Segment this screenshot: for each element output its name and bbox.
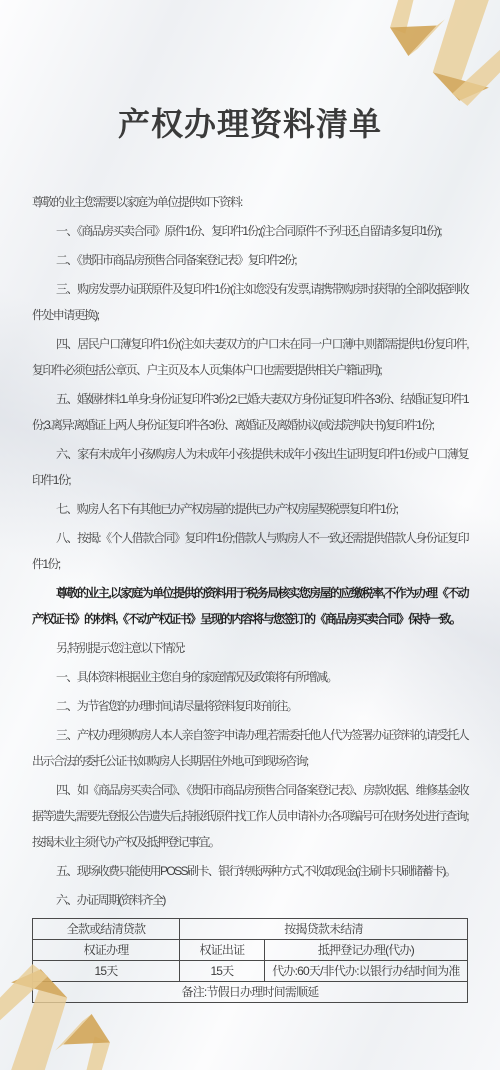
tip-item-2: 二、为节省您的办理时间,请尽量将资料复印好前往。	[32, 693, 468, 719]
tip-item-3: 三、产权办理须购房人本人亲自签字申请办理,若需委托他人代为签署办证资料的,请受托…	[32, 722, 468, 774]
tip-item-5: 五、现场收费只能使用POSS刷卡、银行转账两种方式,不收取现金(注:刷卡只刷储蓄…	[32, 858, 468, 884]
table-cell-days-3: 代办:60天/非代办:以银行办结时间为准	[264, 961, 467, 982]
table-cell-paid-in-full: 全款或结清贷款	[33, 919, 180, 940]
table-cell-days-2: 15天	[180, 961, 265, 982]
document-page: 产权办理资料清单 尊敬的业主您需要以家庭为单位提供如下资料: 一、《商品房买卖合…	[0, 0, 500, 1070]
tip-item-1: 一、具体资料根据业主您自身的家庭情况及政策将有所增减。	[32, 664, 468, 690]
table-cell-cert-issue: 权证出证	[180, 940, 265, 961]
checklist-item-7: 七、购房人名下有其他已办产权房屋的:提供已办产权房屋契税票复印件1份;	[32, 496, 468, 522]
tip-item-4: 四、如《商品房买卖合同》、《贵阳市商品房预售合同备案登记表》、房款收据、维修基金…	[32, 777, 468, 855]
tips-intro: 另,特别提示您注意以下情况:	[32, 635, 468, 661]
checklist-item-2: 二、《贵阳市商品房预售合同备案登记表》复印件2份;	[32, 247, 468, 273]
tip-item-6: 六、办证周期(资料齐全)	[32, 887, 468, 913]
table-cell-mortgage-unsettled: 按揭贷款未结清	[180, 919, 468, 940]
checklist-item-1: 一、《商品房买卖合同》原件1份、复印件1份;(注:合同原件不予归还,自留请多复印…	[32, 218, 468, 244]
gold-ribbon-icon	[388, 0, 500, 112]
intro-paragraph: 尊敬的业主您需要以家庭为单位提供如下资料:	[32, 189, 468, 215]
tax-notice-paragraph: 尊敬的业主,以家庭为单位提供的资料用于税务局核实您房屋的应缴税率,不作为办理《不…	[32, 580, 468, 632]
checklist-item-5: 五、婚姻材料:1.单身:身份证复印件3份;2.已婚:夫妻双方身份证复印件各3份、…	[32, 386, 468, 438]
checklist-item-4: 四、居民户口薄复印件1份(注:如夫妻双方的户口未在同一户口薄中,则都需提供1份复…	[32, 331, 468, 383]
document-body: 尊敬的业主您需要以家庭为单位提供如下资料: 一、《商品房买卖合同》原件1份、复印…	[32, 189, 468, 1003]
checklist-item-6: 六、家有未成年小孩/购房人为未成年小孩:提供未成年小孩出生证明复印件1份或户口薄…	[32, 441, 468, 493]
checklist-item-3: 三、购房发票办证联原件及复印件1份(注:如您没有发票,请携带购房时获得的全部收据…	[32, 276, 468, 328]
checklist-item-8: 八、按揭:《个人借款合同》复印件1份;借款人与购房人不一致,还需提供借款人身份证…	[32, 525, 468, 577]
table-row: 全款或结清贷款 按揭贷款未结清	[33, 919, 468, 940]
table-cell-mortgage-reg: 抵押登记办理(代办)	[264, 940, 467, 961]
gold-ribbon-icon	[0, 958, 112, 1070]
